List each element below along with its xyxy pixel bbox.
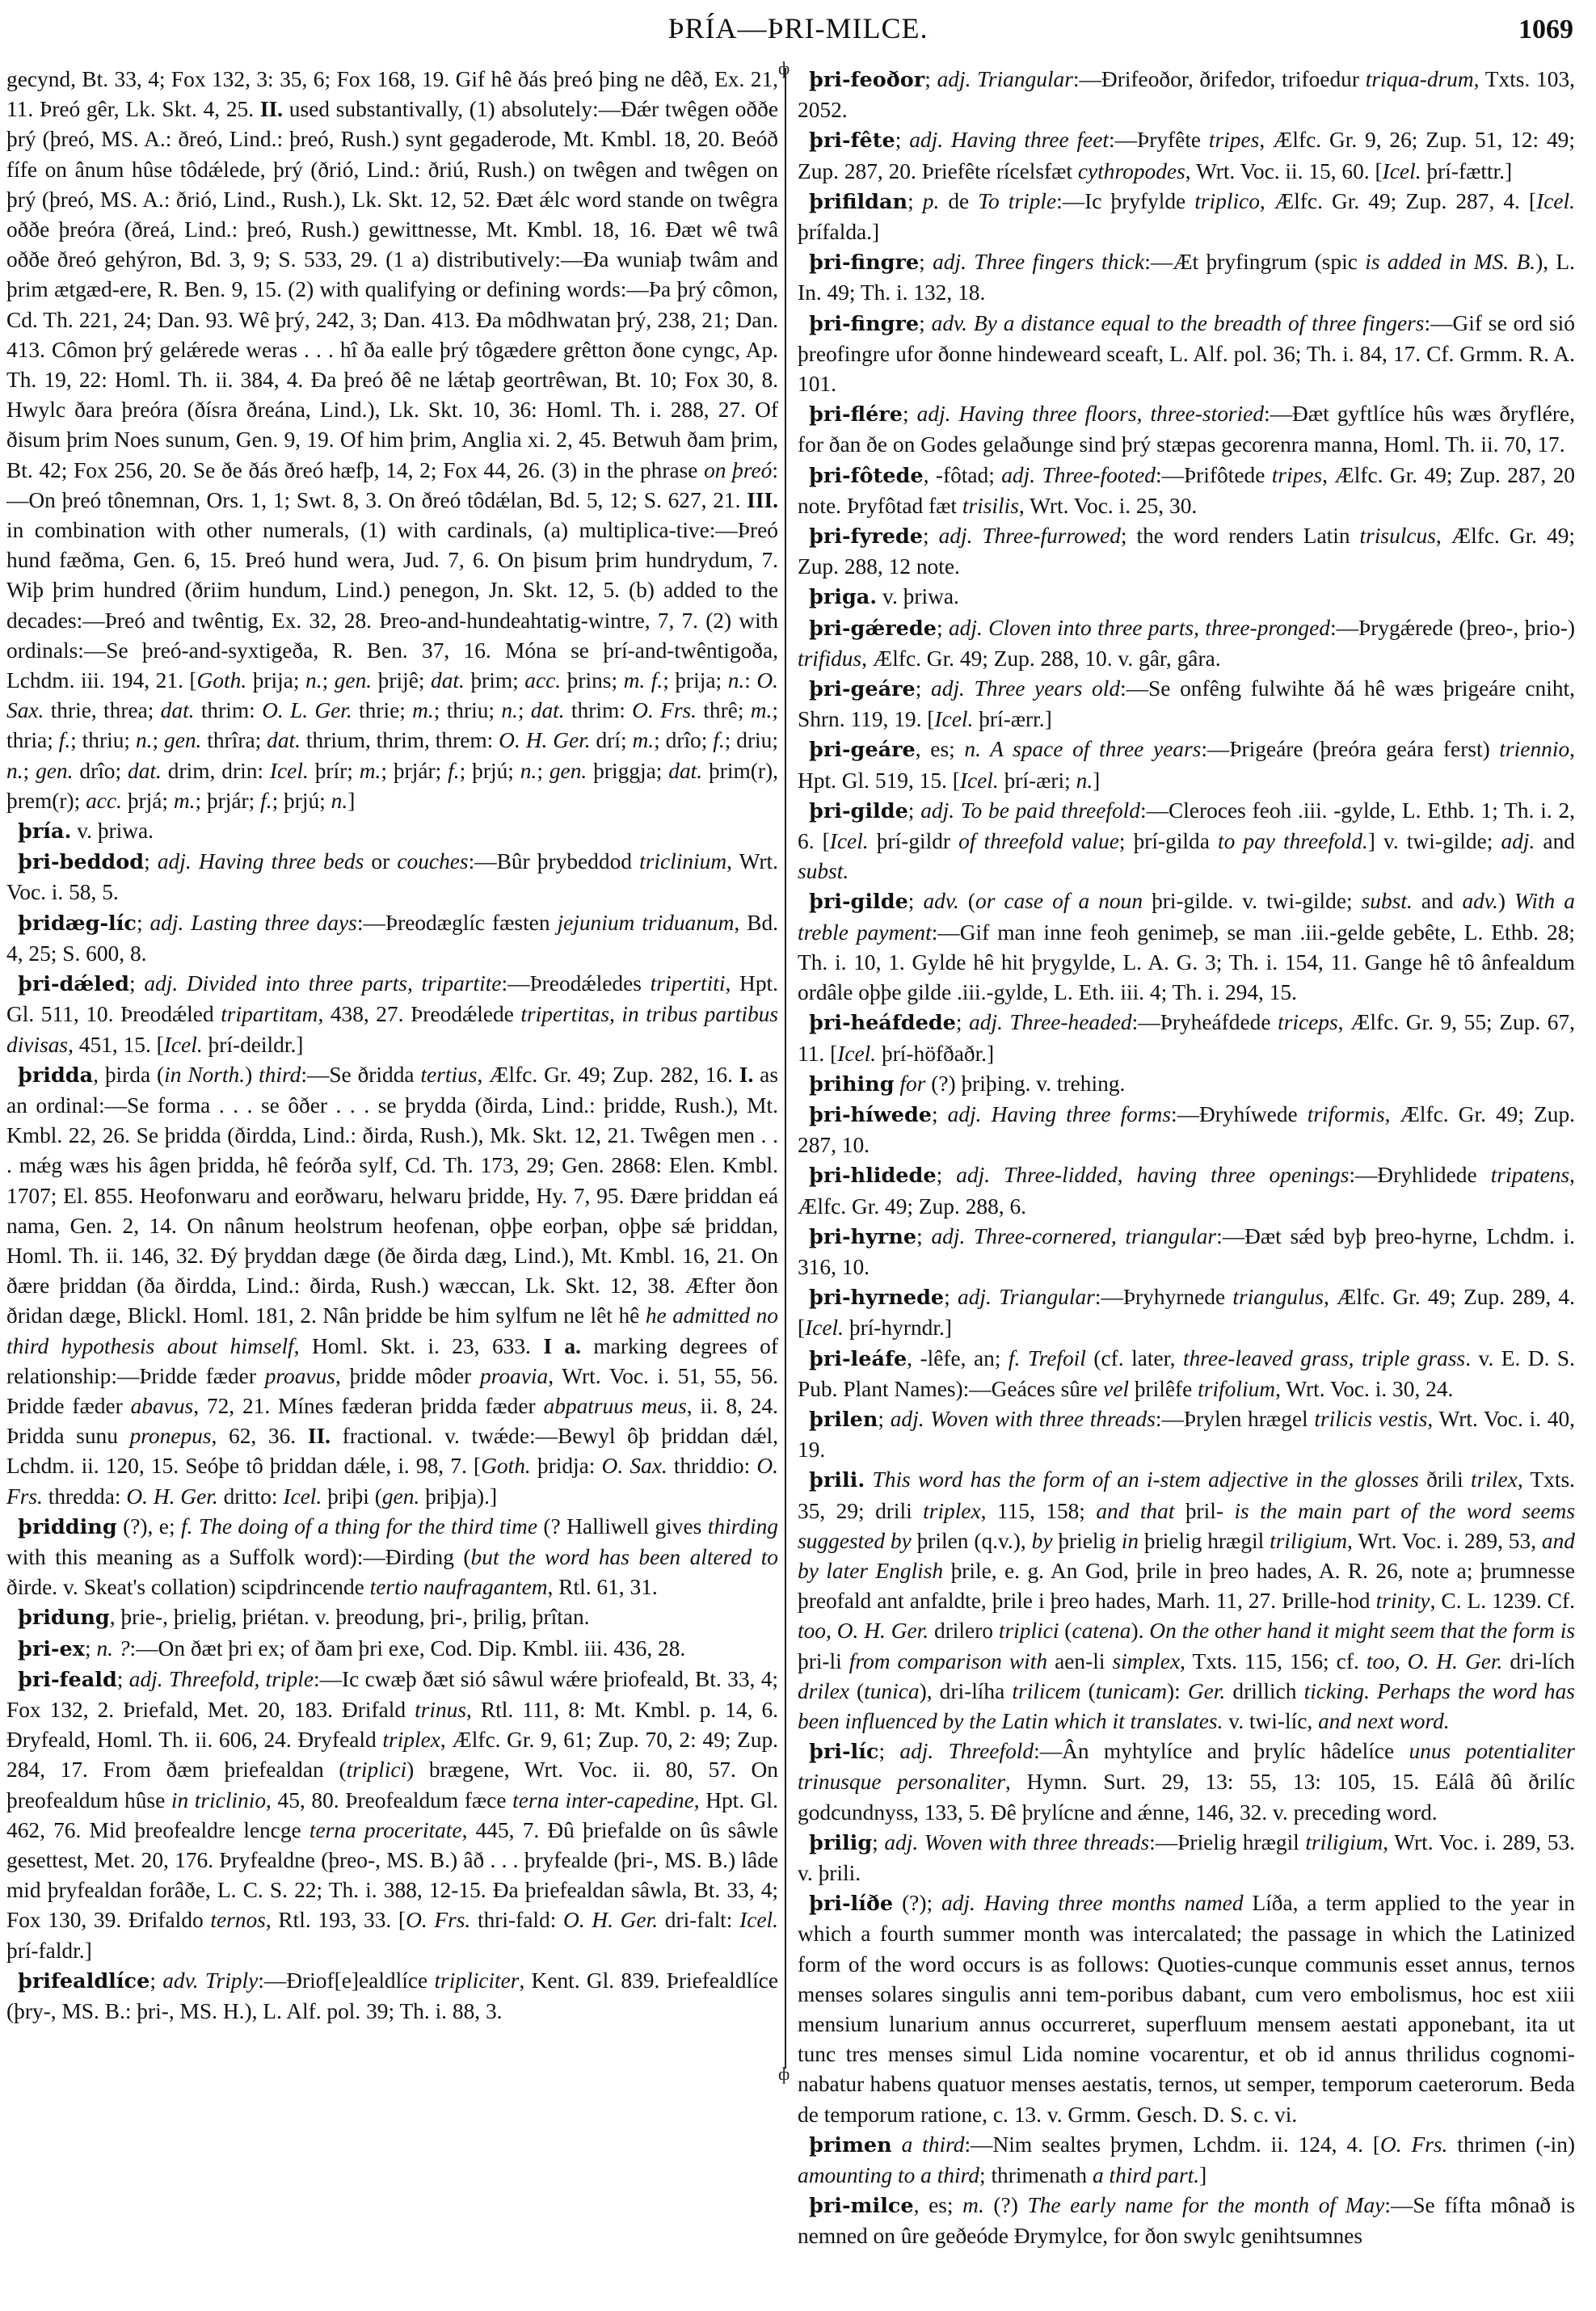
- entry-headword: þri-hlidede: [809, 1164, 937, 1188]
- italic-gloss: to pay threefold.: [1218, 829, 1368, 853]
- entry-text: thrê;: [697, 698, 751, 722]
- entry-text: :—Þreodæglíc fæsten: [357, 911, 558, 935]
- italic-gloss: Icel.: [1536, 189, 1575, 213]
- entry-text: :—Þryhyrnede: [1095, 1285, 1233, 1309]
- italic-gloss: tertius: [420, 1063, 477, 1087]
- entry-headword: þri-gǽrede: [809, 617, 937, 641]
- italic-gloss: m.: [360, 759, 381, 783]
- italic-gloss: adj. Having three forms: [948, 1102, 1171, 1126]
- italic-gloss: drilex: [798, 1679, 849, 1703]
- italic-gloss: adj.: [1501, 829, 1535, 853]
- entry-text: [865, 1467, 872, 1492]
- entry-text: :—Þrigeáre (þreóra geára ferst): [1201, 737, 1499, 761]
- italic-gloss: tripartitam: [221, 1002, 318, 1026]
- italic-gloss: on þreó: [704, 458, 772, 482]
- entry-text: ;: [944, 1285, 958, 1309]
- entry-headword: þrifildan: [809, 190, 907, 214]
- entry-text: v. þriwa.: [877, 584, 959, 608]
- entry-text: :—Þreodǽledes: [501, 971, 650, 996]
- entry-text: , 45, 80. Þreofealdum fæce: [266, 1788, 512, 1812]
- italic-gloss: cythropodes: [1078, 159, 1185, 183]
- dictionary-entry: þri-hyrne; adj. Three-cornered, triangul…: [798, 1222, 1575, 1282]
- entry-text: thredda:: [43, 1484, 126, 1509]
- entry-text: ]: [1093, 768, 1100, 793]
- italic-gloss: n.: [136, 728, 153, 752]
- entry-text: :—Þryheáfdede: [1132, 1010, 1278, 1034]
- dictionary-entry: þrilig; adj. Woven with three threads:—Þ…: [798, 1828, 1575, 1888]
- entry-text: :—Ðryhíwede: [1171, 1102, 1308, 1126]
- dictionary-entry: þri-geáre; adj. Three years old:—Se onfê…: [798, 674, 1575, 735]
- entry-text: þrilêfe: [1129, 1377, 1198, 1401]
- italic-gloss: gen.: [382, 1484, 419, 1509]
- entry-text: , Ælfc. Gr. 49; Zup. 287, 4. [: [1260, 189, 1536, 213]
- entry-text: ]: [1199, 2163, 1206, 2187]
- italic-gloss: triclinium: [639, 849, 726, 873]
- italic-gloss: n. A space of three years: [964, 737, 1201, 761]
- italic-gloss: ternos: [210, 1908, 265, 1932]
- italic-gloss: trinus: [415, 1698, 466, 1722]
- italic-gloss: O. H. Ger.: [126, 1484, 217, 1509]
- italic-gloss: adj. Woven with three threads: [891, 1407, 1156, 1431]
- italic-gloss: O. H. Ger.: [499, 728, 590, 752]
- italic-gloss: Icel.: [830, 829, 869, 853]
- italic-gloss: O. Frs.: [406, 1908, 470, 1932]
- entry-text: þrjá;: [122, 789, 174, 813]
- italic-gloss: trisulcus: [1360, 524, 1436, 548]
- italic-gloss: adj. Having three floors, three-storied: [917, 402, 1264, 426]
- entry-text: ): [245, 1063, 259, 1087]
- entry-headword: þriga.: [809, 585, 877, 609]
- entry-text: as an ordinal:—Se forma . . . se ôðer . …: [6, 1063, 778, 1328]
- italic-gloss: Goth.: [197, 668, 247, 692]
- entry-text: thrie, threa;: [44, 698, 160, 722]
- italic-gloss: adj. To be paid threefold: [920, 798, 1140, 823]
- italic-gloss: a third part.: [1093, 2163, 1199, 2187]
- entry-text: :—Þrygǽrede (þreo-, þrio-): [1330, 616, 1575, 640]
- italic-gloss: f.: [59, 728, 70, 752]
- dictionary-entry: þri-beddod; adj. Having three beds or co…: [6, 847, 778, 907]
- entry-headword: þrilen: [809, 1408, 878, 1432]
- sense-number: II.: [260, 97, 283, 121]
- entry-text: ;: [956, 1010, 969, 1034]
- italic-gloss: thirding: [708, 1514, 778, 1539]
- italic-gloss: gen.: [550, 759, 587, 783]
- italic-gloss: O. Sax.: [602, 1454, 667, 1478]
- italic-gloss: trifolium: [1198, 1377, 1275, 1401]
- entry-text: ðrili: [1419, 1467, 1471, 1492]
- italic-gloss: Icel.: [164, 1033, 203, 1057]
- entry-text: ;: [129, 971, 144, 996]
- entry-headword: þridung: [18, 1606, 110, 1630]
- italic-gloss: triangulus: [1232, 1285, 1324, 1309]
- dictionary-entry: þri-flére; adj. Having three floors, thr…: [798, 399, 1575, 460]
- entry-headword: þri-fingre: [809, 250, 919, 275]
- dictionary-entry: þri-ex; n. ?:—On ðæt þri ex; of ðam þri …: [6, 1634, 778, 1665]
- entry-text: , es;: [914, 2193, 963, 2217]
- italic-gloss: couches: [397, 849, 468, 873]
- entry-text: þrífalda.]: [798, 220, 879, 244]
- entry-headword: þri-ex: [18, 1637, 85, 1661]
- italic-gloss: adv. By a distance equal to the breadth …: [932, 311, 1425, 335]
- entry-headword: þridæg-líc: [18, 911, 137, 936]
- italic-gloss: adj. Threefold: [899, 1739, 1034, 1763]
- entry-text: , 438, 27. Þreodǽlede: [318, 1002, 520, 1026]
- italic-gloss: trilicis vestis: [1314, 1407, 1427, 1431]
- italic-gloss: Icel.: [837, 1042, 876, 1066]
- italic-gloss: trinity: [1376, 1589, 1430, 1613]
- entry-text: ):: [1167, 1679, 1188, 1703]
- column-rule-ornament-bottom-icon: ф: [778, 2065, 790, 2083]
- entry-text: , 62, 36.: [212, 1424, 308, 1448]
- italic-gloss: f.: [713, 728, 724, 752]
- italic-gloss: trilicem: [1012, 1679, 1080, 1703]
- italic-gloss: n.: [501, 698, 518, 722]
- entry-text: , Homl. Skt. i. 23, 633.: [294, 1334, 544, 1358]
- italic-gloss: triligium: [1305, 1830, 1383, 1854]
- entry-text: þrír;: [309, 759, 360, 783]
- entry-text: þri-li: [798, 1649, 849, 1673]
- entry-text: , 72, 21. Mínes fæderan þridda fæder: [193, 1394, 543, 1418]
- entry-headword: þri-gilde: [809, 799, 908, 823]
- dictionary-entry: þridda, þirda (in North.) third:—Se ðrid…: [6, 1060, 778, 1512]
- entry-headword: þrilig: [809, 1831, 872, 1855]
- italic-gloss: adj. Three-cornered, triangular: [931, 1224, 1216, 1248]
- entry-text: used substantivally, (1) absolutely:—Ðǽr…: [6, 97, 778, 482]
- italic-gloss: subst.: [798, 859, 849, 883]
- italic-gloss: trilex: [1471, 1467, 1518, 1492]
- entry-text: þri-gilde. v. twi-gilde;: [1143, 889, 1362, 913]
- italic-gloss: triplex: [382, 1728, 440, 1752]
- dictionary-entry: þri-heáfdede; adj. Three-headed:—Þryheáf…: [798, 1008, 1575, 1068]
- entry-text: þrim;: [465, 668, 524, 692]
- italic-gloss: abpatruus meus: [544, 1394, 687, 1418]
- entry-text: :—Ðryhlidede: [1349, 1163, 1490, 1187]
- dictionary-entry: þri-híwede; adj. Having three forms:—Ðry…: [798, 1100, 1575, 1160]
- entry-headword: þri-flére: [809, 402, 903, 427]
- entry-text: þrí-gildr: [869, 829, 958, 853]
- entry-text: , þirda (: [93, 1063, 164, 1087]
- entry-text: , Rtl. 193, 33. [: [266, 1908, 406, 1932]
- entry-headword: þri-geáre: [809, 738, 916, 762]
- italic-gloss: trisilis: [962, 494, 1019, 518]
- sense-number: I.: [739, 1063, 754, 1087]
- entry-headword: þrihing: [809, 1072, 895, 1097]
- entry-headword: þri-fête: [809, 128, 895, 153]
- entry-text: ; the word renders Latin: [1121, 524, 1360, 548]
- italic-gloss: dat.: [128, 759, 162, 783]
- italic-gloss: three-leaved grass, triple grass: [1183, 1346, 1465, 1370]
- italic-gloss: dat.: [431, 668, 465, 692]
- entry-text: ;: [322, 668, 335, 692]
- entry-text: :—Þrielig hrægil: [1149, 1830, 1305, 1854]
- entry-headword: þri-beddod: [18, 850, 144, 874]
- entry-text: ;: [908, 798, 920, 823]
- entry-text: ; þrjú;: [272, 789, 331, 813]
- dictionary-entry: þridding (?), e; f. The doing of a thing…: [6, 1512, 778, 1603]
- dictionary-entry: þri-feald; adj. Threefold, triple:—Ic cw…: [6, 1665, 778, 1966]
- italic-gloss: dat.: [531, 698, 565, 722]
- italic-gloss: tertio naufragantem: [370, 1575, 548, 1599]
- dictionary-entry: þri-feoðor; adj. Triangular:—Ðrifeoðor, …: [798, 65, 1575, 125]
- italic-gloss: tripliciter: [434, 1968, 519, 1993]
- entry-text: ;: [144, 849, 158, 873]
- italic-gloss: vel: [1103, 1377, 1129, 1401]
- italic-gloss: f. The doing of a thing for the third ti…: [181, 1514, 537, 1539]
- italic-gloss: gen.: [335, 668, 372, 692]
- entry-headword: þri-leáfe: [809, 1347, 907, 1371]
- entry-text: , Ælfc. Gr. 49; Zup. 288, 10. v. gâr, gâ…: [861, 646, 1220, 671]
- entry-text: drîo;: [73, 759, 128, 783]
- entry-text: or: [364, 849, 397, 873]
- sense-number: II.: [308, 1424, 331, 1448]
- entry-text: :—Ðrifeoðor, ðrifedor, trifoedur: [1073, 67, 1366, 91]
- entry-text: drillich: [1225, 1679, 1303, 1703]
- entry-text: þrija;: [246, 668, 305, 692]
- italic-gloss: m.: [962, 2193, 984, 2217]
- entry-text: þriþja).]: [419, 1484, 497, 1509]
- entry-text: [892, 2132, 902, 2157]
- entry-text: ;: [937, 1163, 957, 1187]
- entry-text: drilero: [929, 1619, 999, 1643]
- dictionary-entry: þri-leáfe, -lêfe, an; f. Trefoil (cf. la…: [798, 1344, 1575, 1404]
- italic-gloss: triformis: [1308, 1102, 1385, 1126]
- dictionary-entry: gecynd, Bt. 33, 4; Fox 132, 3: 35, 6; Fo…: [6, 65, 778, 816]
- italic-gloss: acc.: [86, 789, 122, 813]
- column-divider: [785, 68, 786, 2069]
- dictionary-entry: þri-gilde; adj. To be paid threefold:—Cl…: [798, 796, 1575, 887]
- entry-headword: þrimen: [809, 2133, 892, 2157]
- entry-text: ; þrjár;: [196, 789, 261, 813]
- entry-text: with this meaning as a Suffolk word):—Ði…: [6, 1545, 471, 1569]
- italic-gloss: To triple: [978, 189, 1056, 213]
- entry-text: :—Ðriof[e]ealdlíce: [258, 1968, 434, 1993]
- italic-gloss: O. H. Ger.: [563, 1908, 658, 1932]
- entry-text: , Wrt. Voc. i. 289, 53,: [1347, 1529, 1542, 1553]
- entry-text: ;: [872, 1830, 884, 1854]
- italic-gloss: dat.: [161, 698, 195, 722]
- entry-text: ;: [907, 189, 923, 213]
- entry-headword: þri-fingre: [809, 312, 919, 336]
- dictionary-entry: þri-fingre; adv. By a distance equal to …: [798, 309, 1575, 400]
- entry-text: þrí-hyrndr.]: [844, 1315, 952, 1340]
- entry-text: ;: [903, 402, 917, 426]
- entry-headword: þri-líc: [809, 1740, 878, 1764]
- entry-text: drí;: [591, 728, 633, 752]
- italic-gloss: too, O. H. Ger.: [798, 1619, 929, 1643]
- entry-headword: þrili.: [809, 1468, 865, 1492]
- entry-headword: þri-milce: [809, 2194, 914, 2218]
- italic-gloss: Icel.: [934, 707, 973, 731]
- entry-text: þrí-fættr.]: [1421, 159, 1513, 183]
- entry-text: þrí-deildr.]: [203, 1033, 304, 1057]
- italic-gloss: Icel.: [1383, 159, 1421, 183]
- italic-gloss: O. L. Ger.: [262, 698, 352, 722]
- entry-text: :—Ic þryfylde: [1056, 189, 1194, 213]
- entry-text: ;: [932, 1102, 948, 1126]
- entry-text: (: [1059, 1619, 1072, 1643]
- entry-headword: þría.: [18, 819, 71, 844]
- italic-gloss: m. f.: [624, 668, 663, 692]
- italic-gloss: adj. Having three months named: [941, 1891, 1244, 1915]
- entry-text: , þridde môder: [335, 1364, 480, 1388]
- italic-gloss: in triclinio: [171, 1788, 266, 1812]
- italic-gloss: adv. Triply: [162, 1968, 258, 1993]
- entry-text: Líða, a term applied to the year in whic…: [798, 1891, 1575, 2126]
- entry-text: v. þriwa.: [71, 819, 154, 843]
- entry-text: (?);: [893, 1891, 941, 1915]
- italic-gloss: n.: [520, 759, 537, 783]
- entry-text: ;: [152, 728, 164, 752]
- left-column: gecynd, Bt. 33, 4; Fox 132, 3: 35, 6; Fo…: [6, 65, 778, 2027]
- entry-text: (: [1081, 1679, 1096, 1703]
- entry-headword: þri-feald: [18, 1668, 117, 1692]
- italic-gloss: in North.: [164, 1063, 245, 1087]
- dictionary-entry: þrifealdlíce; adv. Triply:—Ðriof[e]ealdl…: [6, 1966, 778, 2027]
- italic-gloss: tripertiti: [651, 971, 726, 996]
- italic-gloss: terna proceritate: [310, 1818, 462, 1842]
- entry-text: :—Nim sealtes þrymen, Lchdm. ii. 124, 4.…: [964, 2132, 1380, 2157]
- entry-text: and: [1535, 829, 1575, 853]
- right-column: þri-feoðor; adj. Triangular:—Ðrifeoðor, …: [798, 65, 1575, 2252]
- dictionary-entry: þri-hyrnede; adj. Triangular:—Þryhyrnede…: [798, 1282, 1575, 1343]
- italic-gloss: adj. Three-lidded, having three openings: [956, 1163, 1349, 1187]
- entry-text: dritto:: [218, 1484, 284, 1509]
- italic-gloss: n.: [728, 668, 745, 692]
- entry-text: thrium, thrim, threm:: [301, 728, 499, 752]
- italic-gloss: adj. Three fingers thick: [933, 250, 1144, 274]
- italic-gloss: for: [899, 1071, 925, 1096]
- entry-text: :—Þrifôtede: [1156, 463, 1272, 487]
- italic-gloss: triplex: [923, 1499, 981, 1523]
- entry-text: ; thrimenath: [979, 2163, 1093, 2187]
- entry-text: þrielig: [1052, 1529, 1121, 1553]
- italic-gloss: abavus: [131, 1394, 194, 1418]
- italic-gloss: is added in MS. B.: [1365, 250, 1535, 274]
- italic-gloss: Ger.: [1188, 1679, 1225, 1703]
- entry-text: ;: [117, 1667, 129, 1691]
- entry-text: ; thriu;: [70, 728, 136, 752]
- italic-gloss: n.: [305, 668, 322, 692]
- italic-gloss: This word has the form of an i-stem adje…: [873, 1467, 1419, 1492]
- entry-text: (cf. later,: [1086, 1346, 1183, 1370]
- italic-gloss: trifidus: [798, 646, 861, 671]
- entry-text: , Txts. 115, 156; cf.: [1180, 1649, 1366, 1673]
- dictionary-entry: þri-líc; adj. Threefold:—Ân myhtylíce an…: [798, 1736, 1575, 1828]
- entry-text: ;: [878, 1739, 899, 1763]
- italic-gloss: adj. Three years old: [931, 676, 1120, 701]
- entry-text: ;: [919, 250, 933, 274]
- italic-gloss: tripes: [1209, 128, 1259, 152]
- italic-gloss: n. ?: [96, 1636, 129, 1661]
- entry-text: :—Æt þryfingrum (spic: [1144, 250, 1365, 274]
- entry-text: thriddio:: [667, 1454, 757, 1478]
- entry-text: , es;: [916, 737, 965, 761]
- entry-text: (?), e;: [117, 1514, 181, 1539]
- entry-text: ;: [937, 616, 949, 640]
- entry-text: , Wrt. Voc. i. 25, 30.: [1019, 494, 1197, 518]
- entry-text: ;: [919, 311, 932, 335]
- italic-gloss: triceps: [1278, 1010, 1338, 1034]
- italic-gloss: from comparison with: [849, 1649, 1047, 1673]
- entry-text: þrí-æri;: [999, 768, 1076, 793]
- italic-gloss: acc.: [524, 668, 561, 692]
- entry-text: ;: [878, 1407, 890, 1431]
- italic-gloss: On the other hand it might seem that the…: [1149, 1619, 1575, 1643]
- entry-text: þril-: [1174, 1499, 1234, 1523]
- italic-gloss: adj. Having three feet: [909, 128, 1109, 152]
- entry-text: :—Ân myhtylíce and þrylíc hâdelíce: [1034, 1739, 1409, 1763]
- italic-gloss: Icel.: [283, 1484, 322, 1509]
- italic-gloss: Icel.: [739, 1908, 778, 1932]
- italic-gloss: or case of a noun: [975, 889, 1143, 913]
- dictionary-entry: þrimen a third:—Nim sealtes þrymen, Lchd…: [798, 2130, 1575, 2191]
- dictionary-entry: þri-gilde; adv. (or case of a noun þri-g…: [798, 886, 1575, 1008]
- italic-gloss: adj. Having three beds: [158, 849, 364, 873]
- entry-text: ]: [347, 789, 355, 813]
- italic-gloss: triligium: [1270, 1529, 1347, 1553]
- entry-text: ;: [908, 889, 924, 913]
- entry-text: (: [959, 889, 975, 913]
- entry-text: (: [849, 1679, 864, 1703]
- entry-text: ; thriu;: [434, 698, 502, 722]
- italic-gloss: f. Trefoil: [1009, 1346, 1086, 1370]
- dictionary-entry: þrili. This word has the form of an i-st…: [798, 1465, 1575, 1736]
- italic-gloss: proavia: [480, 1364, 548, 1388]
- italic-gloss: catena: [1072, 1619, 1131, 1643]
- entry-text: þrí-faldr.]: [6, 1938, 92, 1963]
- italic-gloss: and that: [1096, 1499, 1174, 1523]
- entry-text: ;: [895, 128, 909, 152]
- italic-gloss: m.: [174, 789, 196, 813]
- entry-text: ;: [137, 911, 150, 935]
- italic-gloss: n.: [331, 789, 348, 813]
- italic-gloss: triplici: [999, 1619, 1059, 1643]
- entry-text: þrí-ærr.]: [973, 707, 1051, 731]
- entry-text: þrjú;: [472, 759, 520, 783]
- entry-text: ;: [518, 698, 531, 722]
- dictionary-entry: þri-hlidede; adj. Three-lidded, having t…: [798, 1160, 1575, 1221]
- entry-text: de: [939, 189, 978, 213]
- entry-text: , þrie-, þrielig, þriétan. v. þreodung, …: [110, 1605, 590, 1629]
- entry-headword: þri-hyrnede: [809, 1286, 944, 1310]
- dictionary-entry: þri-milce, es; m. (?) The early name for…: [798, 2191, 1575, 2251]
- italic-gloss: adj. Triangular: [958, 1285, 1095, 1309]
- italic-gloss: m.: [412, 698, 434, 722]
- italic-gloss: simplex: [1112, 1649, 1180, 1673]
- italic-gloss: O. Frs.: [632, 698, 697, 722]
- entry-headword: þridda: [18, 1063, 93, 1088]
- italic-gloss: triqua-drum: [1366, 67, 1474, 91]
- entry-text: þridja:: [531, 1454, 602, 1478]
- italic-gloss: Icel.: [805, 1315, 844, 1340]
- italic-gloss: adv.: [923, 889, 958, 913]
- entry-headword: þri-feoðor: [809, 68, 924, 92]
- dictionary-entry: þrifildan; p. de To triple:—Ic þryfylde …: [798, 187, 1575, 247]
- dictionary-entry: þridung, þrie-, þrielig, þriétan. v. þre…: [6, 1602, 778, 1633]
- entry-text: :—Se ðridda: [301, 1063, 420, 1087]
- italic-gloss: adj. Divided into three parts, tripartit…: [144, 971, 501, 996]
- entry-text: ;: [916, 676, 931, 701]
- dictionary-entry: þriga. v. þriwa.: [798, 582, 1575, 612]
- entry-headword: þri-heáfdede: [809, 1011, 956, 1035]
- italic-gloss: tunica: [864, 1679, 919, 1703]
- italic-gloss: tripes: [1272, 463, 1322, 487]
- italic-gloss: triennio: [1499, 737, 1569, 761]
- entry-text: thrie;: [352, 698, 412, 722]
- entry-text: , Wrt. Voc. i. 30, 24.: [1275, 1377, 1453, 1401]
- entry-text: ;: [149, 1968, 162, 1993]
- italic-gloss: tripatens: [1491, 1163, 1569, 1187]
